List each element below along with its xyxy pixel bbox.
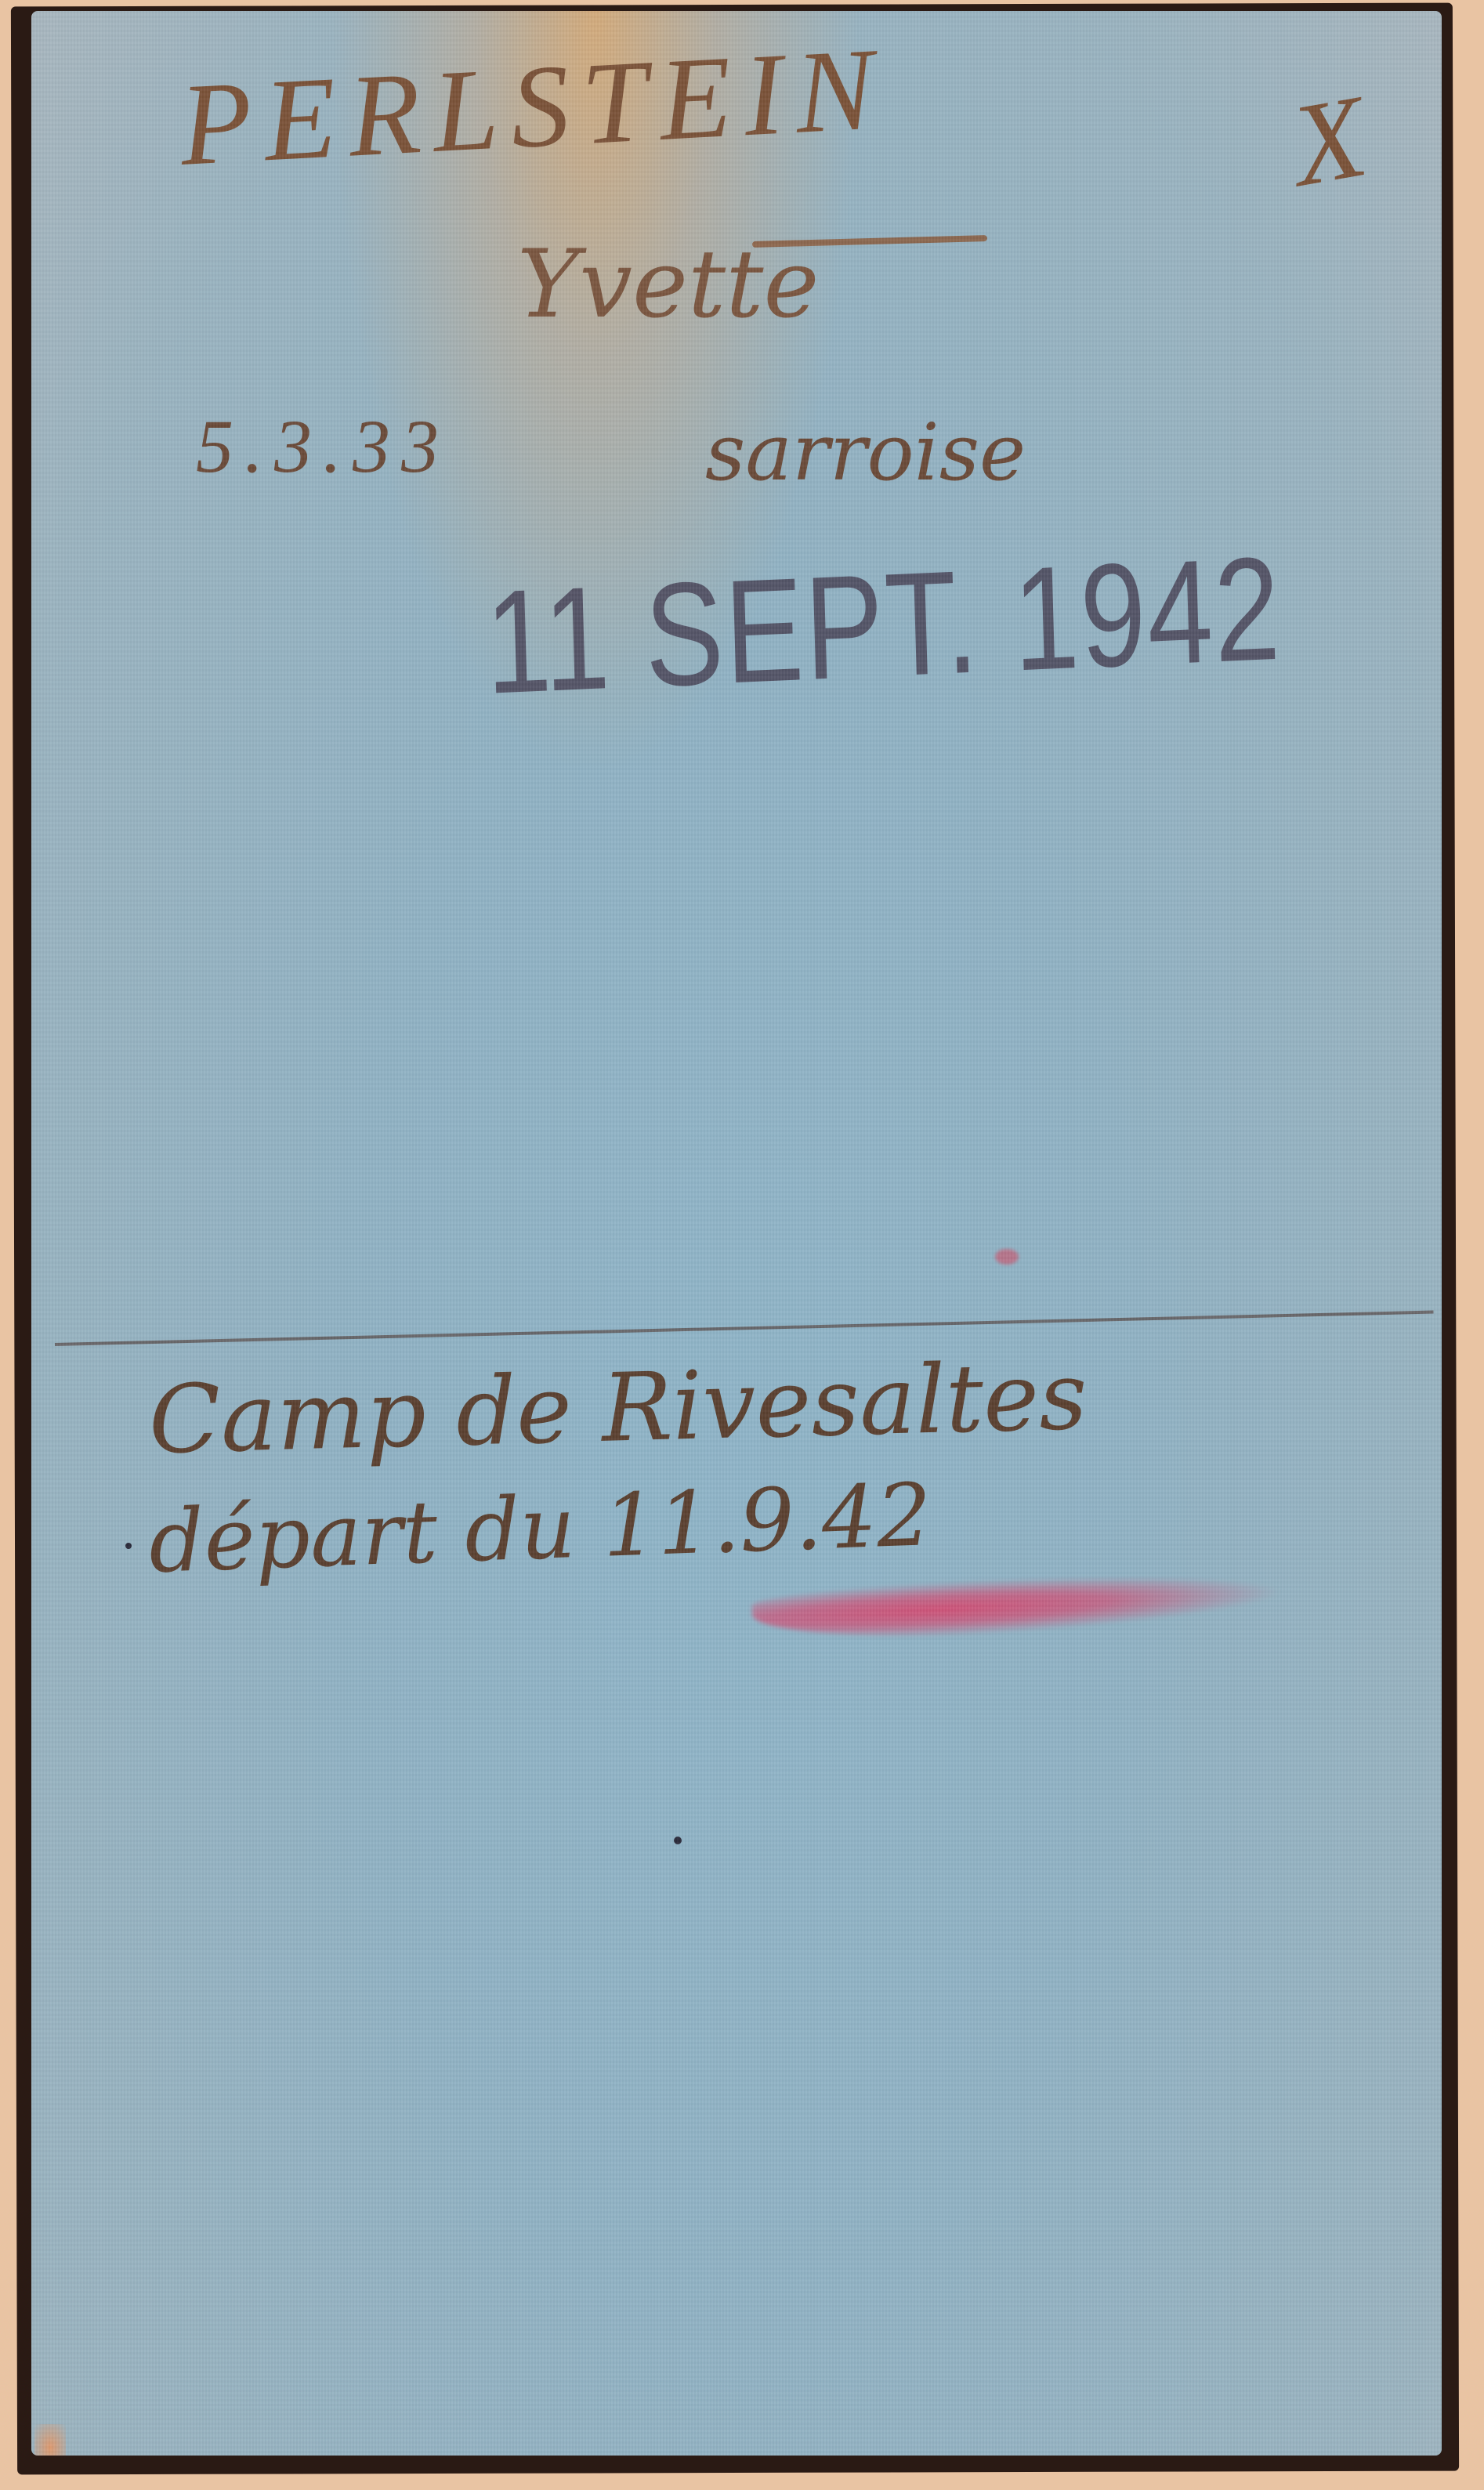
red-pencil-underline xyxy=(751,1564,1287,1646)
section-divider-line xyxy=(55,1311,1434,1346)
paper-speck xyxy=(674,1837,682,1844)
birth-date-text: 5.3.33 xyxy=(196,403,450,490)
corner-mark: X xyxy=(1282,68,1376,213)
camp-note-text: Camp de Rivesaltes xyxy=(147,1342,1088,1475)
document-photo: { "document": { "type": "archival index … xyxy=(0,0,1484,2490)
nationality-text: sarroise xyxy=(705,407,1026,498)
departure-note-text: départ du 11.9.42 xyxy=(147,1464,933,1592)
surname-text: PERLSTEIN xyxy=(176,21,889,193)
index-card: PERLSTEIN X Yvette 5.3.33 sarroise 11 SE… xyxy=(31,11,1442,2456)
paper-speck xyxy=(125,1543,132,1549)
red-ink-spot xyxy=(995,1249,1019,1265)
corner-stain xyxy=(34,2424,66,2456)
date-stamp: 11 SEPT. 1942 xyxy=(483,523,1283,727)
